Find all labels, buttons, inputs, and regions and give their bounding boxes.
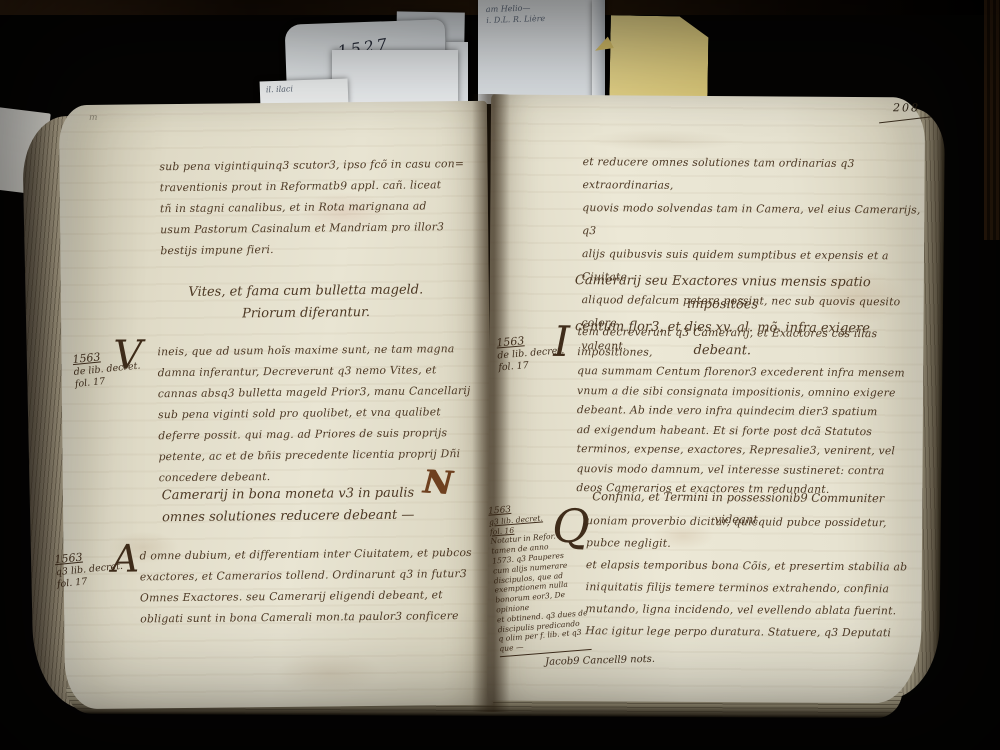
- left-page[interactable]: m sub pena vigintiquinq3 scutor3, ipso f…: [59, 101, 493, 709]
- paragraph-quoniam: uoniam proverbio dicitur, quicquid pubce…: [585, 510, 922, 644]
- ink-mark-N: N: [422, 462, 453, 502]
- scribe-signature: Jacob9 Cancell9 nots.: [545, 654, 655, 668]
- rubric-camerarij-bona-moneta: Camerarij in bona moneta v3 in paulis om…: [133, 482, 443, 529]
- paragraph-ad-omne: d omne dubium, et differentiam inter Ciu…: [139, 542, 492, 630]
- page-stain: [254, 642, 405, 704]
- dropcap-V: V: [113, 332, 142, 378]
- dropcap-A: A: [111, 536, 139, 580]
- rubric-vites-et-fama: Vites, et fama cum bulletta mageld. Prio…: [156, 279, 456, 326]
- paragraph-sub-pena: sub pena vigintiquinq3 scutor3, ipso fcõ…: [159, 153, 490, 261]
- dropcap-Q: Q: [552, 499, 590, 553]
- wood-shelf-right: [984, 0, 1000, 240]
- bookmark-annotation: am Helio— i. D.L. R. Lière: [486, 0, 602, 26]
- tucked-slip-label: il. ilaci: [266, 84, 293, 94]
- bookmark-slip[interactable]: [332, 50, 458, 108]
- manuscript-photo: 1527 am Helio— i. D.L. R. Lière il. ilac…: [0, 0, 1000, 750]
- paragraph-item-decreverunt: tem decreverunt q3 Camerarij, et Exactor…: [576, 322, 917, 500]
- folio-number: 208: [893, 101, 920, 114]
- pencil-mark: m: [89, 113, 98, 123]
- right-page[interactable]: 208 et reducere omnes solutiones tam ord…: [487, 94, 925, 703]
- margin-year: 1563: [496, 334, 525, 349]
- bookmark-slip-annotated[interactable]: am Helio— i. D.L. R. Lière: [478, 0, 604, 104]
- margin-year: 1563: [488, 505, 512, 517]
- dropcap-I: I: [553, 317, 570, 366]
